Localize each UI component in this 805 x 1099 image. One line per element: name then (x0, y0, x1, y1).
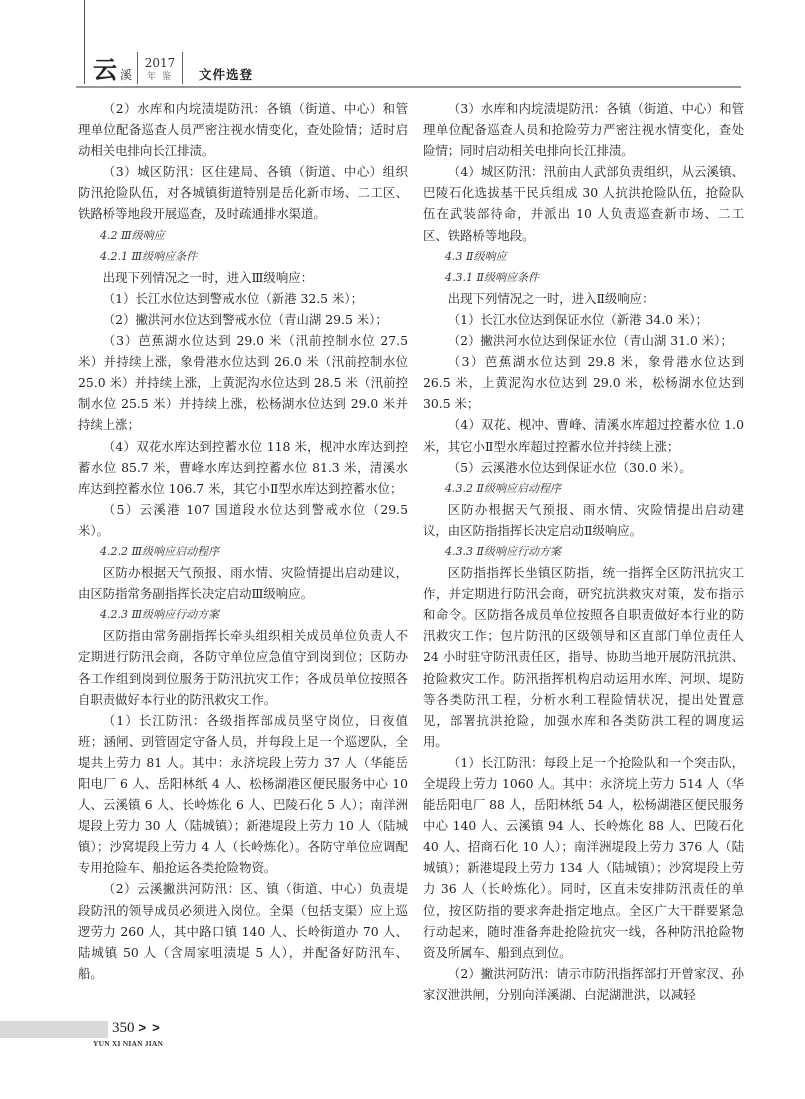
paragraph: 出现下列情况之一时，进入Ⅲ级响应： (78, 267, 408, 288)
paragraph: （1）长江水位达到警戒水位（新港 32.5 米）； (78, 288, 408, 309)
paragraph: （2）撇洪河防汛：请示市防汛指挥部打开曾家汊、孙家汊泄洪闸，分别向洋溪湖、白泥湖… (423, 963, 744, 1005)
section-heading: 4.3.1 Ⅱ级响应条件 (423, 267, 744, 288)
section-heading: 4.2.2 Ⅲ级响应启动程序 (78, 541, 408, 562)
section-heading: 4.2.3 Ⅲ级响应行动方案 (78, 604, 408, 625)
paragraph: （2）撇洪河水位达到警戒水位（青山湖 29.5 米）； (78, 309, 408, 330)
paragraph: 区防办根据天气预报、雨水情、灾险情提出启动建议，由区防指常务副指挥长决定启动Ⅲ级… (78, 562, 408, 604)
page-number: 350>> (112, 1017, 166, 1039)
section-heading: 4.3.2 Ⅱ级响应启动程序 (423, 478, 744, 499)
header-nianjian: 年鉴 (143, 70, 177, 84)
yearbook-label: 2017 年鉴 (138, 56, 182, 84)
logo-char-xi: 溪 (120, 66, 132, 84)
logo-char-yun: 云 (93, 56, 117, 84)
page-number-value: 350 (112, 1020, 135, 1036)
section-title: 文件选登 (199, 66, 253, 84)
paragraph: （2）撇洪河水位达到保证水位（青山湖 31.0 米）； (423, 330, 744, 351)
paragraph: （3）芭蕉湖水位达到 29.0 米（汛前控制水位 27.5 米）并持续上涨，象骨… (78, 330, 408, 435)
paragraph: （4）城区防汛：汛前由人武部负责组织，从云溪镇、巴陵石化选拔基干民兵组成 30 … (423, 161, 744, 245)
section-heading: 4.3.3 Ⅱ级响应行动方案 (423, 541, 744, 562)
section-heading: 4.3 Ⅱ级响应 (423, 246, 744, 267)
paragraph: （4）双花、枧冲、曹峰、清溪水库超过控蓄水位 1.0 米，其它小Ⅱ型水库超过控蓄… (423, 414, 744, 456)
running-header: 云 溪 2017 年鉴 文件选登 (85, 48, 253, 84)
paragraph: （1）长江水位达到保证水位（新港 34.0 米）； (423, 309, 744, 330)
footer-subtitle: YUN XI NIAN JIAN (93, 1039, 163, 1048)
header-year: 2017 (145, 56, 176, 70)
paragraph: 区防办根据天气预报、雨水情、灾险情提出启动建议，由区防指指挥长决定启动Ⅱ级响应。 (423, 499, 744, 541)
paragraph: （1）长江防汛：各级指挥部成员坚守岗位，日夜值班；涵闸、剅管固定守备人员，并每段… (78, 710, 408, 879)
header-divider (182, 52, 183, 84)
paragraph: （5）云溪港水位达到保证水位（30.0 米）。 (423, 457, 744, 478)
paragraph: （3）水库和内垸渍堤防汛：各镇（街道、中心）和管理单位配备巡查人员和抢险劳力严密… (423, 98, 744, 161)
header-rule (76, 86, 741, 88)
footer-bar (0, 1021, 108, 1038)
paragraph: 出现下列情况之一时，进入Ⅱ级响应： (423, 288, 744, 309)
left-column: （2）水库和内垸渍堤防汛：各镇（街道、中心）和管理单位配备巡查人员严密注视水情变… (78, 98, 408, 984)
right-column: （3）水库和内垸渍堤防汛：各镇（街道、中心）和管理单位配备巡查人员和抢险劳力严密… (423, 98, 744, 1005)
section-heading: 4.2 Ⅲ级响应 (78, 225, 408, 246)
paragraph: 区防指指挥长坐镇区防指，统一指挥全区防汛抗灾工作，并定期进行防汛会商，研究抗洪救… (423, 562, 744, 752)
paragraph: （1）长江防汛：每段上足一个抢险队和一个突击队，全堤段上劳力 1060 人。其中… (423, 752, 744, 963)
double-chevron-right-icon: >> (139, 1020, 166, 1035)
paragraph: 区防指由常务副指挥长牵头组织相关成员单位负责人不定期进行防汛会商，各防守单位应急… (78, 625, 408, 709)
paragraph: （2）水库和内垸渍堤防汛：各镇（街道、中心）和管理单位配备巡查人员严密注视水情变… (78, 98, 408, 161)
paragraph: （2）云溪撇洪河防汛：区、镇（街道、中心）负责堤段防汛的领导成员必须进入岗位。全… (78, 878, 408, 983)
paragraph: （3）芭蕉湖水位达到 29.8 米，象骨港水位达到 26.5 米，上黄泥沟水位达… (423, 351, 744, 414)
paragraph: （4）双花水库达到控蓄水位 118 米，枧冲水库达到控蓄水位 85.7 米，曹峰… (78, 436, 408, 499)
paragraph: （5）云溪港 107 国道段水位达到警戒水位（29.5 米）。 (78, 499, 408, 541)
paragraph: （3）城区防汛：区住建局、各镇（街道、中心）组织防汛抢险队伍，对各城镇街道特别是… (78, 161, 408, 224)
section-heading: 4.2.1 Ⅲ级响应条件 (78, 246, 408, 267)
